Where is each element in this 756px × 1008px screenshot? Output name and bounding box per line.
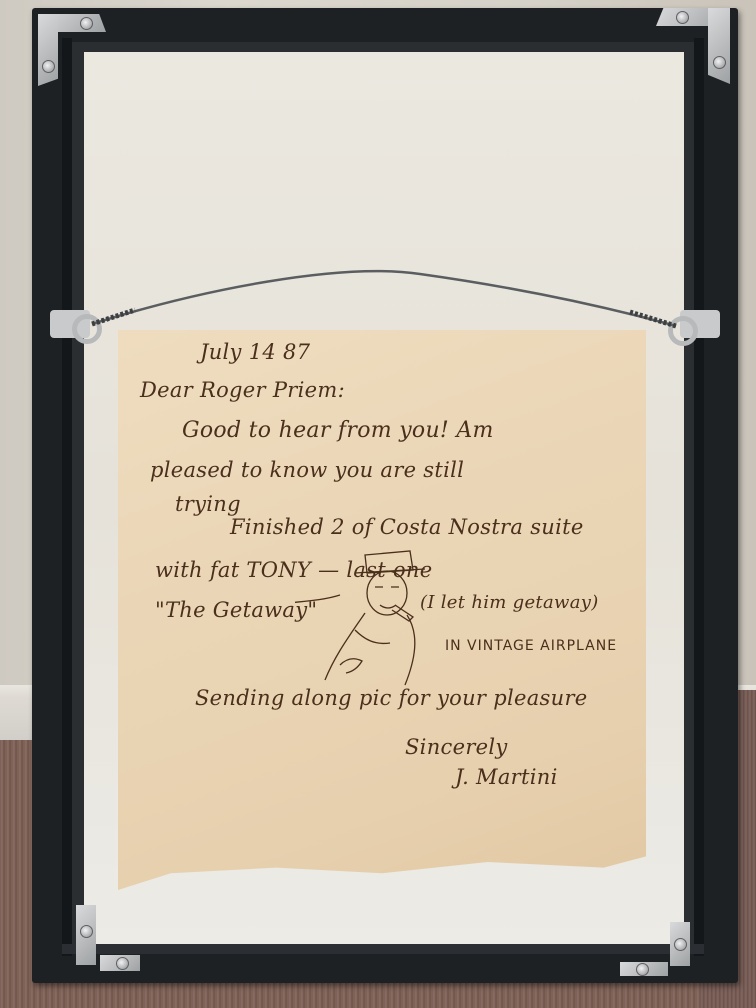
letter-signature: J. Martini <box>455 765 558 789</box>
letter-closing: Sincerely <box>405 735 508 759</box>
letter-line: trying <box>175 492 241 516</box>
letter-salutation: Dear Roger Priem: <box>140 378 345 402</box>
letter-line: (I let him getaway) <box>420 592 599 613</box>
letter-line: pleased to know you are still <box>150 458 464 482</box>
letter-line: "The Getaway" <box>155 598 317 622</box>
letter-line: Finished 2 of Costa Nostra suite <box>230 515 584 539</box>
letter-line-caps: IN VINTAGE AIRPLANE <box>445 638 617 654</box>
sketch-man-with-cigar-icon <box>295 545 445 695</box>
letter-line: Good to hear from you! Am <box>182 418 494 443</box>
letter-date: July 14 87 <box>200 340 310 364</box>
